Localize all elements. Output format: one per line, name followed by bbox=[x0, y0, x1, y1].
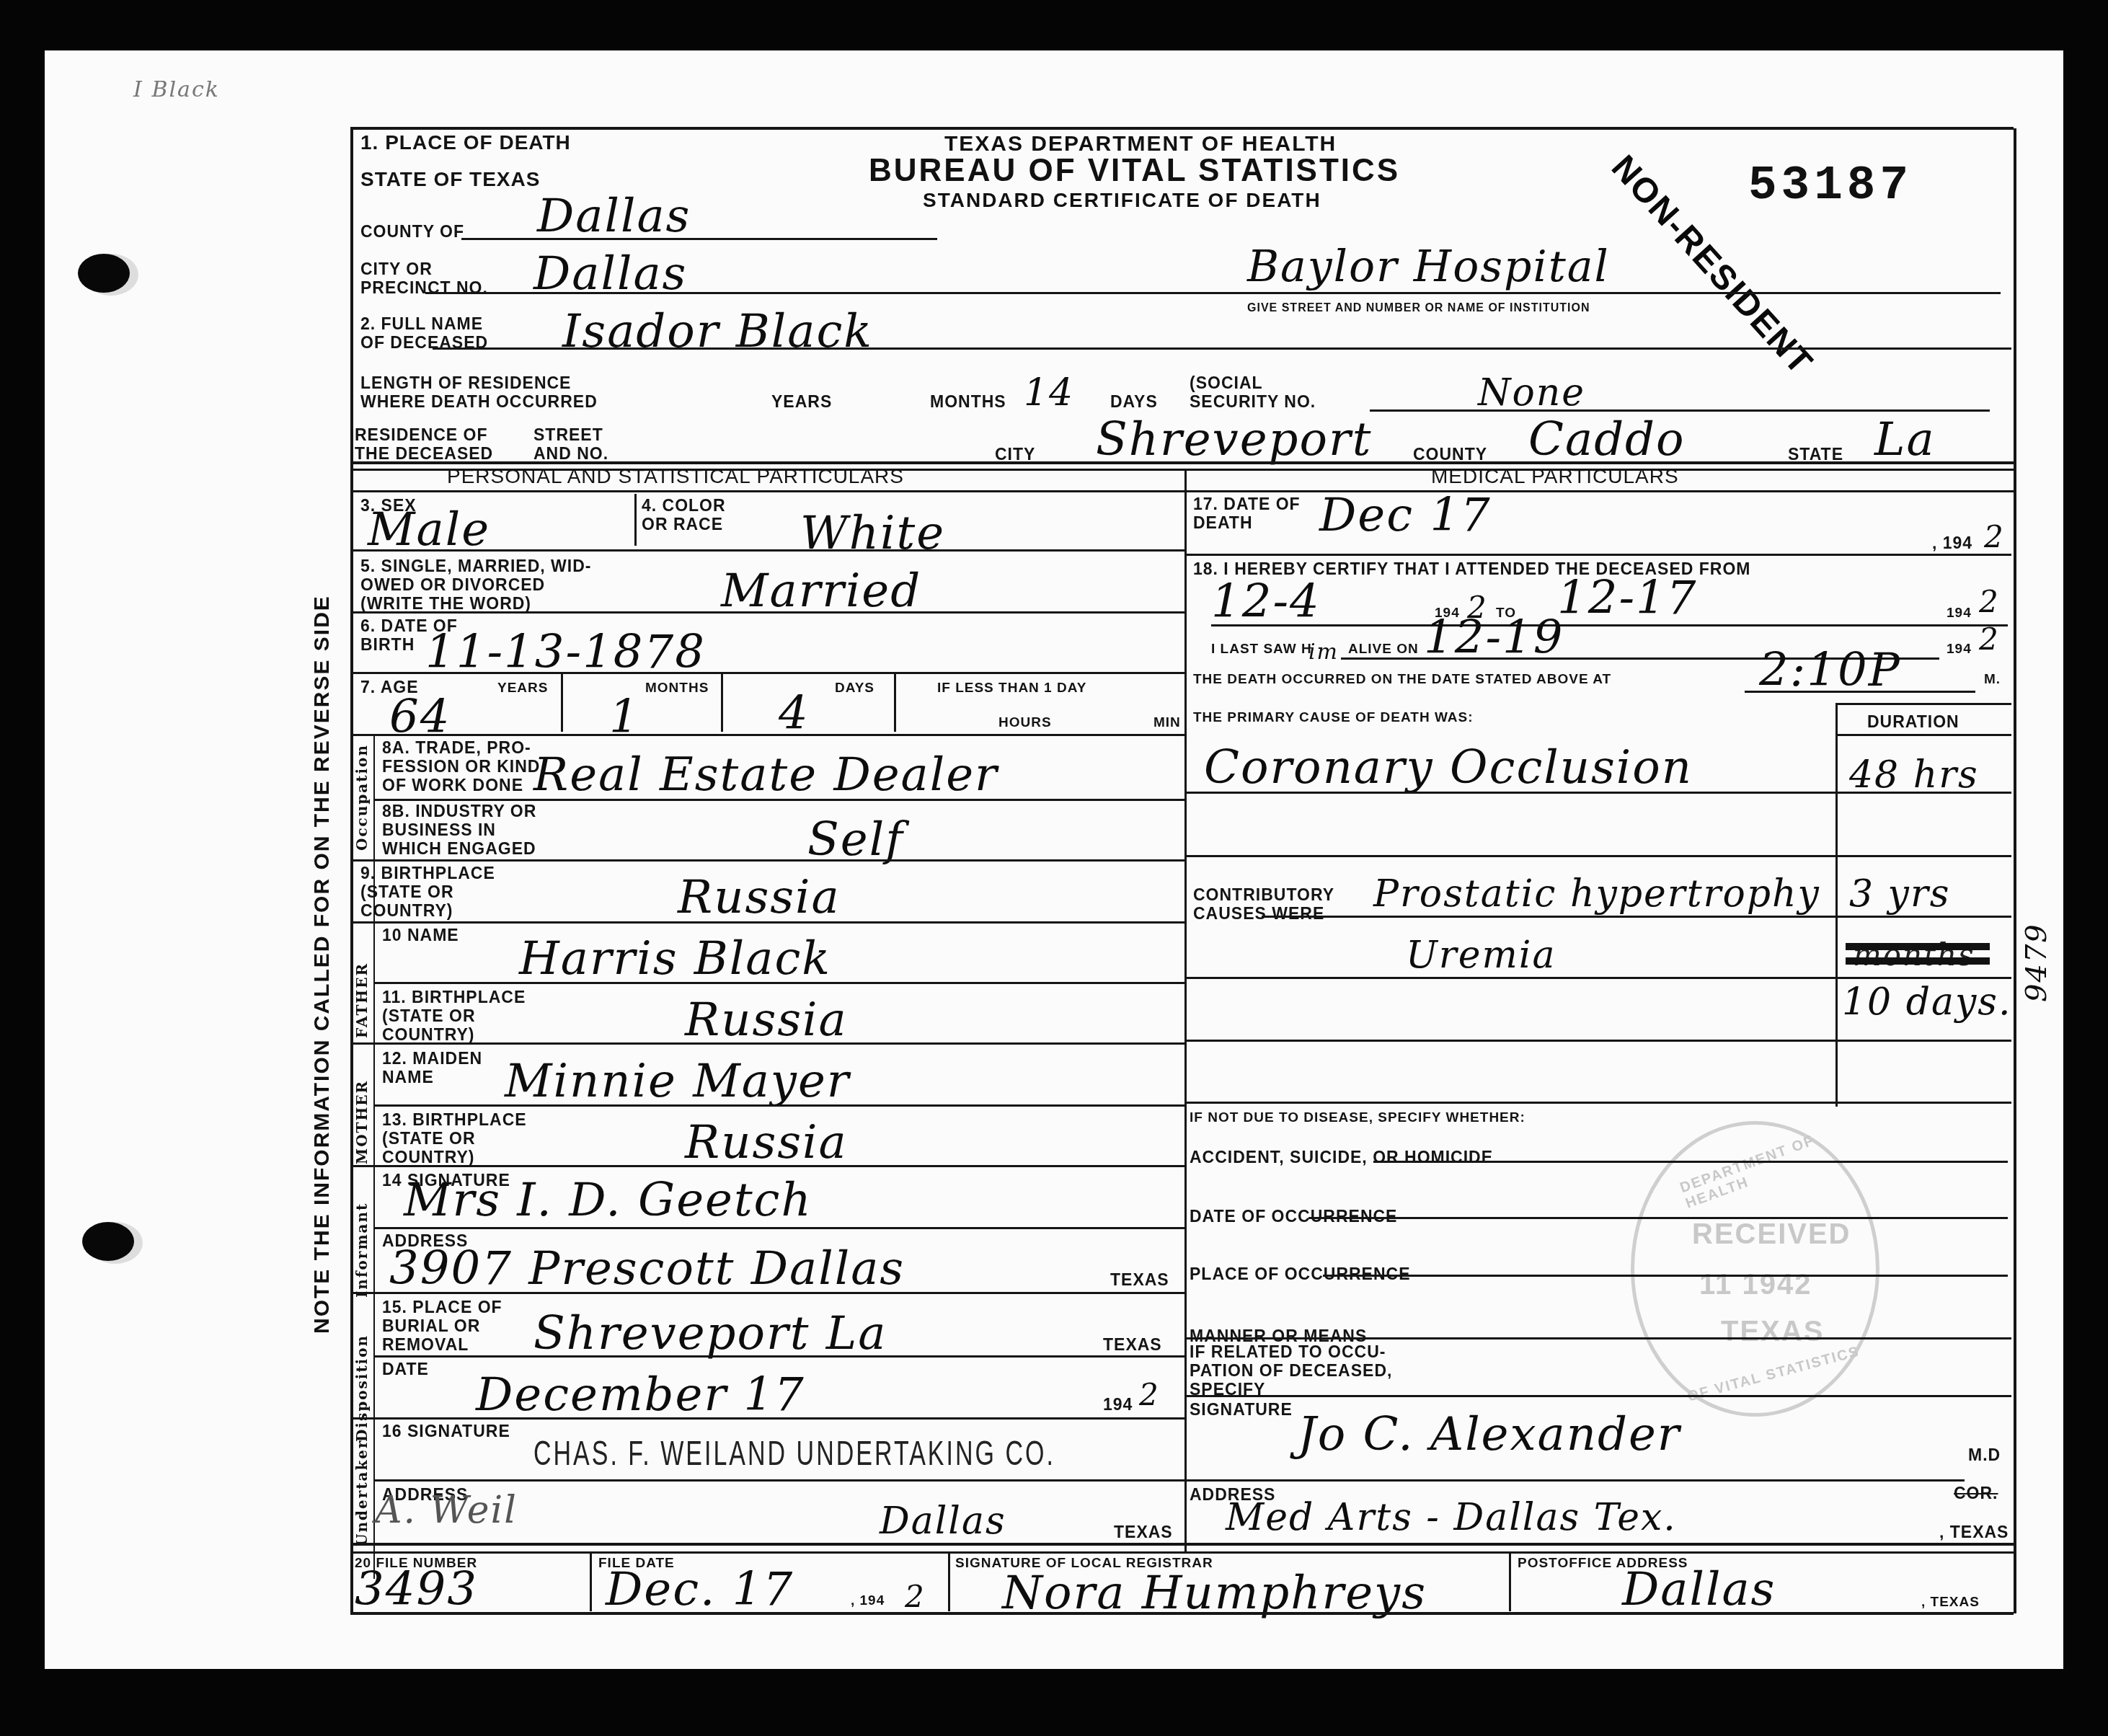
column-divider bbox=[1184, 469, 1187, 1552]
sex-rule bbox=[350, 549, 1184, 552]
attended-to-year-prefix: 194 bbox=[1947, 606, 1972, 621]
contributory-1-duration: 3 yrs bbox=[1849, 869, 1951, 919]
age-rule bbox=[350, 734, 1184, 736]
primary-cause-label: THE PRIMARY CAUSE OF DEATH WAS: bbox=[1193, 710, 1474, 726]
stamp-date-text: 11 1942 bbox=[1699, 1269, 1812, 1301]
punch-hole bbox=[78, 254, 130, 293]
age-months-label: MONTHS bbox=[645, 681, 709, 696]
filing-divider bbox=[1509, 1554, 1511, 1611]
file-date: Dec. 17 bbox=[606, 1564, 794, 1615]
duration-label: DURATION bbox=[1867, 712, 1959, 731]
dob-rule bbox=[350, 672, 1184, 674]
filing-divider bbox=[948, 1554, 950, 1611]
death-time-label: THE DEATH OCCURRED ON THE DATE STATED AB… bbox=[1193, 672, 1611, 688]
attended-to: 12-17 bbox=[1557, 573, 1698, 624]
tab-divider bbox=[373, 735, 375, 1579]
file-number: 3493 bbox=[355, 1564, 478, 1615]
hours-label: HOURS bbox=[998, 715, 1052, 731]
filing-top-rule-2 bbox=[350, 1551, 2014, 1554]
physician-rule bbox=[1186, 1479, 1965, 1482]
accident-rule bbox=[1373, 1161, 2008, 1163]
informant-rule bbox=[375, 1227, 1184, 1229]
contributory-2-duration-struck: months bbox=[1853, 930, 1975, 980]
informant-texas-label: TEXAS bbox=[1110, 1270, 1169, 1289]
county-value: Dallas bbox=[537, 191, 691, 242]
last-saw-year: 2 bbox=[1979, 614, 2000, 665]
occupation-related-label: IF RELATED TO OCCU- PATION OF DECEASED, … bbox=[1190, 1342, 1392, 1399]
cause-rule-4 bbox=[1186, 1040, 2011, 1042]
trade-value: Real Estate Dealer bbox=[533, 750, 998, 800]
contributory-2: Uremia bbox=[1406, 930, 1556, 980]
place-of-death-label: 1. PLACE OF DEATH bbox=[360, 133, 571, 152]
last-saw-year-prefix: 194 bbox=[1947, 642, 1972, 657]
cause-rule-2 bbox=[1186, 855, 2011, 857]
death-time-rule bbox=[1745, 691, 1975, 693]
occurrence-place-rule bbox=[1323, 1275, 2008, 1277]
primary-cause-rule bbox=[1186, 792, 2011, 794]
mother-birthplace-label: 13. BIRTHPLACE (STATE OR COUNTRY) bbox=[382, 1110, 527, 1166]
occupation-tab: Occupation bbox=[353, 744, 371, 851]
burial-date: December 17 bbox=[476, 1370, 805, 1420]
contributory-1: Prostatic hypertrophy bbox=[1373, 869, 1820, 919]
manner-rule bbox=[1186, 1337, 2011, 1339]
sex-race-divider bbox=[634, 494, 637, 546]
cause-rule-5 bbox=[1186, 1102, 2011, 1104]
residence-days: 14 bbox=[1024, 368, 1074, 418]
physician-texas-label: , TEXAS bbox=[1939, 1523, 2009, 1541]
dod-rule bbox=[1186, 554, 2011, 556]
mother-name: Minnie Mayer bbox=[505, 1056, 850, 1107]
mother-name-label: 12. MAIDEN NAME bbox=[382, 1049, 482, 1086]
informant-tab: Informant bbox=[353, 1203, 371, 1298]
burial-year-suffix: 2 bbox=[1139, 1370, 1160, 1420]
filing-top-rule bbox=[350, 1543, 2014, 1546]
age-divider bbox=[721, 674, 723, 732]
last-saw-pronoun: im bbox=[1308, 627, 1339, 678]
age-divider bbox=[894, 674, 896, 732]
undertaker-label: 16 SIGNATURE bbox=[382, 1422, 510, 1440]
medical-section-title: MEDICAL PARTICULARS bbox=[1431, 467, 1679, 486]
res-county-value: Caddo bbox=[1528, 415, 1686, 465]
dod-value: Dec 17 bbox=[1319, 490, 1492, 541]
registrar-signature: Nora Humphreys bbox=[1002, 1568, 1427, 1618]
industry-label: 8B. INDUSTRY OR BUSINESS IN WHICH ENGAGE… bbox=[382, 802, 536, 858]
birthplace-rule bbox=[350, 921, 1184, 924]
occurrence-date-label: DATE OF OCCURRENCE bbox=[1190, 1207, 1397, 1226]
residence-rule bbox=[350, 461, 2014, 464]
institution-label: GIVE STREET AND NUMBER OR NAME OF INSTIT… bbox=[1247, 301, 1590, 315]
institution-value: Baylor Hospital bbox=[1247, 242, 1610, 292]
burial-year-prefix: 194 bbox=[1103, 1395, 1133, 1414]
burial-texas-label: TEXAS bbox=[1103, 1335, 1162, 1354]
postoffice-value: Dallas bbox=[1622, 1564, 1776, 1615]
cor-label: COR. bbox=[1954, 1484, 1998, 1502]
informant-address-rule bbox=[350, 1292, 1184, 1294]
accident-label: ACCIDENT, SUICIDE, OR HOMICIDE bbox=[1190, 1148, 1493, 1166]
residence-label: RESIDENCE OF THE DECEASED bbox=[355, 425, 493, 463]
strikethrough bbox=[1846, 957, 1990, 965]
dob-value: 11-13-1878 bbox=[425, 627, 706, 678]
undertaker-texas-label: TEXAS bbox=[1114, 1523, 1173, 1541]
burial-rule bbox=[375, 1355, 1184, 1358]
trade-rule bbox=[375, 799, 1184, 801]
certificate-subtitle: STANDARD CERTIFICATE OF DEATH bbox=[923, 189, 1321, 212]
ssn-label: (SOCIAL SECURITY NO. bbox=[1190, 373, 1316, 411]
res-state-value: La bbox=[1874, 415, 1936, 465]
city-rule bbox=[425, 292, 2001, 294]
marital-label: 5. SINGLE, MARRIED, WID- OWED OR DIVORCE… bbox=[360, 557, 591, 613]
father-tab: FATHER bbox=[353, 962, 371, 1038]
mother-name-rule bbox=[375, 1104, 1184, 1107]
attended-from: 12-4 bbox=[1211, 577, 1321, 627]
physician-signature-label: SIGNATURE bbox=[1190, 1400, 1293, 1419]
father-name: Harris Black bbox=[519, 934, 831, 984]
last-saw-value: 12-19 bbox=[1424, 613, 1564, 663]
mother-birthplace: Russia bbox=[685, 1117, 848, 1168]
marital-value: Married bbox=[721, 566, 921, 616]
burial-date-label: DATE bbox=[382, 1360, 429, 1378]
physician-signature: Jo C. Alexander bbox=[1298, 1409, 1680, 1460]
age-divider bbox=[561, 674, 563, 732]
received-stamp: DEPARTMENT OF HEALTH RECEIVED 11 1942 TE… bbox=[1631, 1121, 1879, 1417]
death-time: 2:10P bbox=[1759, 645, 1901, 696]
occurrence-date-rule bbox=[1308, 1217, 2008, 1219]
contributory-2-duration: 10 days. bbox=[1842, 977, 2012, 1027]
margin-note-right: 9479 bbox=[2011, 923, 2062, 1002]
mother-tab: MOTHER bbox=[353, 1080, 371, 1164]
reverse-side-note: NOTE THE INFORMATION CALLED FOR ON THE R… bbox=[310, 595, 335, 1334]
father-name-rule bbox=[375, 982, 1184, 984]
birthplace-value: Russia bbox=[678, 872, 841, 923]
state-of-texas-label: STATE OF TEXAS bbox=[360, 170, 540, 189]
strikethrough bbox=[1846, 943, 1990, 950]
duration-header-rule bbox=[1835, 734, 2011, 736]
occupation-related-rule bbox=[1186, 1395, 2011, 1397]
ssn-rule bbox=[1370, 409, 1990, 412]
primary-cause-value: Coronary Occlusion bbox=[1204, 743, 1693, 793]
frame-top-rule bbox=[350, 127, 2014, 130]
duration-top-rule bbox=[1835, 703, 2011, 705]
postoffice-texas-label: , TEXAS bbox=[1921, 1595, 1980, 1611]
occurrence-place-label: PLACE OF OCCURRENCE bbox=[1190, 1265, 1411, 1283]
industry-rule bbox=[350, 859, 1184, 862]
race-label: 4. COLOR OR RACE bbox=[642, 496, 726, 533]
certificate-number: 53187 bbox=[1748, 159, 1913, 213]
marital-rule bbox=[350, 611, 1184, 614]
length-of-residence-label: LENGTH OF RESIDENCE WHERE DEATH OCCURRED bbox=[360, 373, 598, 411]
county-of-label: COUNTY OF bbox=[360, 222, 464, 241]
burial-place: Shreveport La bbox=[533, 1308, 887, 1359]
filing-divider bbox=[590, 1554, 592, 1611]
father-birthplace-label: 11. BIRTHPLACE (STATE OR COUNTRY) bbox=[382, 988, 526, 1044]
not-disease-label: IF NOT DUE TO DISEASE, SPECIFY WHETHER: bbox=[1190, 1110, 1525, 1126]
informant-value: Mrs I. D. Geetch bbox=[404, 1175, 812, 1226]
margin-note-top-left: I Black bbox=[133, 65, 220, 115]
undertaker-rule bbox=[375, 1479, 1184, 1482]
age-days: 4 bbox=[779, 688, 810, 739]
age-years-label: YEARS bbox=[497, 681, 548, 696]
informant-address: 3907 Prescott Dallas bbox=[389, 1244, 905, 1294]
trade-label: 8A. TRADE, PRO- FESSION OR KIND OF WORK … bbox=[382, 738, 540, 794]
stamp-received-text: RECEIVED bbox=[1692, 1218, 1851, 1251]
bureau-title: BUREAU OF VITAL STATISTICS bbox=[869, 153, 1400, 189]
father-name-label: 10 NAME bbox=[382, 926, 459, 944]
filing-bottom-rule bbox=[350, 1612, 2014, 1615]
burial-date-rule bbox=[350, 1417, 1184, 1420]
father-birthplace: Russia bbox=[685, 995, 848, 1045]
duration-column-divider bbox=[1835, 703, 1838, 1107]
days-label: DAYS bbox=[1110, 392, 1158, 411]
months-label: MONTHS bbox=[930, 392, 1006, 411]
street-label: STREET AND NO. bbox=[533, 425, 608, 463]
age-days-label: DAYS bbox=[835, 681, 874, 696]
md-label: M.D bbox=[1968, 1445, 2001, 1464]
attended-rule bbox=[1211, 624, 2008, 626]
alive-on-label: ALIVE ON bbox=[1348, 642, 1419, 657]
name-rule bbox=[433, 347, 2011, 350]
undertaker-typed: CHAS. F. WEILAND UNDERTAKING CO. bbox=[533, 1435, 1055, 1474]
physician-address: Med Arts - Dallas Tex. bbox=[1226, 1492, 1677, 1543]
last-saw-label: I LAST SAW H bbox=[1211, 642, 1312, 657]
undertaker-address: Dallas bbox=[880, 1496, 1006, 1546]
county-rule bbox=[461, 238, 937, 240]
res-city-value: Shreveport bbox=[1096, 415, 1372, 465]
mother-birthplace-rule bbox=[350, 1165, 1184, 1167]
birthplace-label: 9. BIRTHPLACE (STATE OR COUNTRY) bbox=[360, 864, 495, 920]
years-label: YEARS bbox=[771, 392, 832, 411]
min-label: MIN bbox=[1153, 715, 1181, 731]
punch-hole bbox=[82, 1222, 134, 1261]
full-name-label: 2. FULL NAME OF DECEASED bbox=[360, 314, 488, 352]
dod-label: 17. DATE OF DEATH bbox=[1193, 495, 1301, 532]
contributory-1-rule bbox=[1262, 916, 2011, 918]
sex-value: Male bbox=[368, 505, 490, 555]
father-birthplace-rule bbox=[350, 1042, 1184, 1045]
file-year-prefix: , 194 bbox=[851, 1593, 885, 1609]
disposition-tab: Disposition bbox=[353, 1334, 371, 1442]
m-label: M. bbox=[1984, 672, 2001, 688]
undertaker-tab: Undertaker bbox=[353, 1439, 371, 1546]
dod-year-prefix: , 194 bbox=[1932, 533, 1972, 552]
burial-label: 15. PLACE OF BURIAL OR REMOVAL bbox=[382, 1298, 502, 1354]
industry-value: Self bbox=[807, 815, 904, 865]
stamp-state-text: TEXAS bbox=[1721, 1316, 1824, 1348]
personal-section-title: PERSONAL AND STATISTICAL PARTICULARS bbox=[447, 467, 904, 486]
undertaker-sign: A. Weil bbox=[375, 1485, 518, 1536]
less-than-day-label: IF LESS THAN 1 DAY bbox=[937, 681, 1086, 696]
section-rule bbox=[350, 490, 2014, 492]
